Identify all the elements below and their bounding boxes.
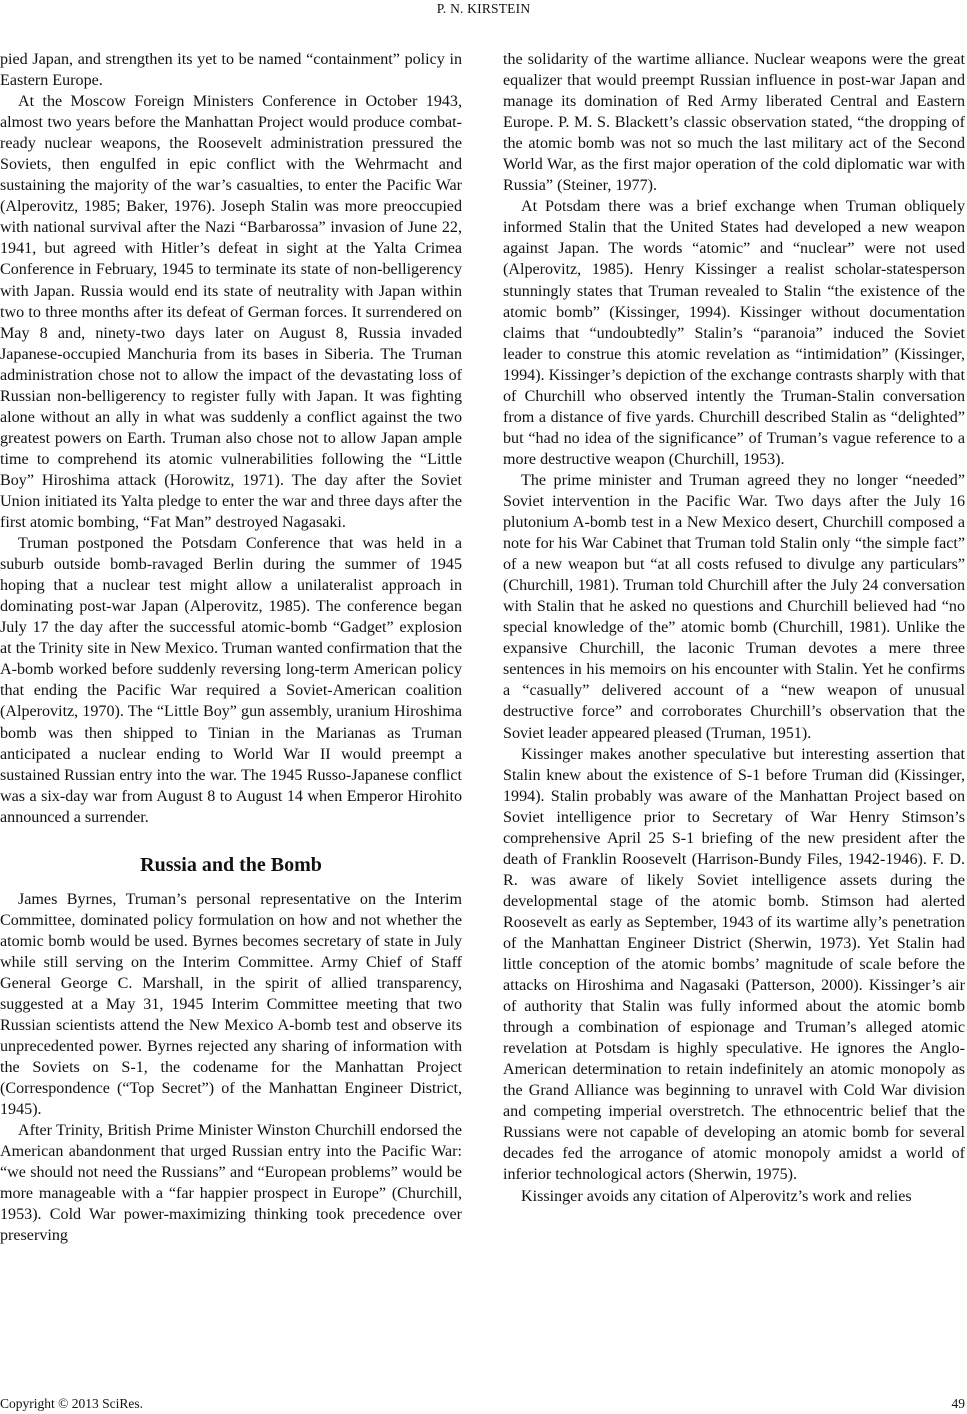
copyright-notice: Copyright © 2013 SciRes. [0, 1396, 143, 1412]
paragraph: After Trinity, British Prime Minister Wi… [0, 1120, 462, 1246]
running-head: P. N. KIRSTEIN [0, 0, 967, 18]
paragraph: Truman postponed the Potsdam Conference … [0, 533, 462, 828]
section-heading: Russia and the Bomb [0, 852, 462, 878]
left-column: pied Japan, and strengthen its yet to be… [0, 49, 462, 1247]
paragraph: Kissinger avoids any citation of Alperov… [503, 1186, 965, 1207]
page-number: 49 [952, 1396, 966, 1412]
paragraph: the solidarity of the wartime alliance. … [503, 49, 965, 196]
paragraph: Kissinger makes another speculative but … [503, 744, 965, 1186]
paragraph: At Potsdam there was a brief exchange wh… [503, 196, 965, 470]
paragraph: James Byrnes, Truman’s personal represen… [0, 889, 462, 1121]
paragraph: pied Japan, and strengthen its yet to be… [0, 49, 462, 91]
paragraph: At the Moscow Foreign Ministers Conferen… [0, 91, 462, 533]
right-column: the solidarity of the wartime alliance. … [503, 49, 965, 1207]
paragraph: The prime minister and Truman agreed the… [503, 470, 965, 744]
